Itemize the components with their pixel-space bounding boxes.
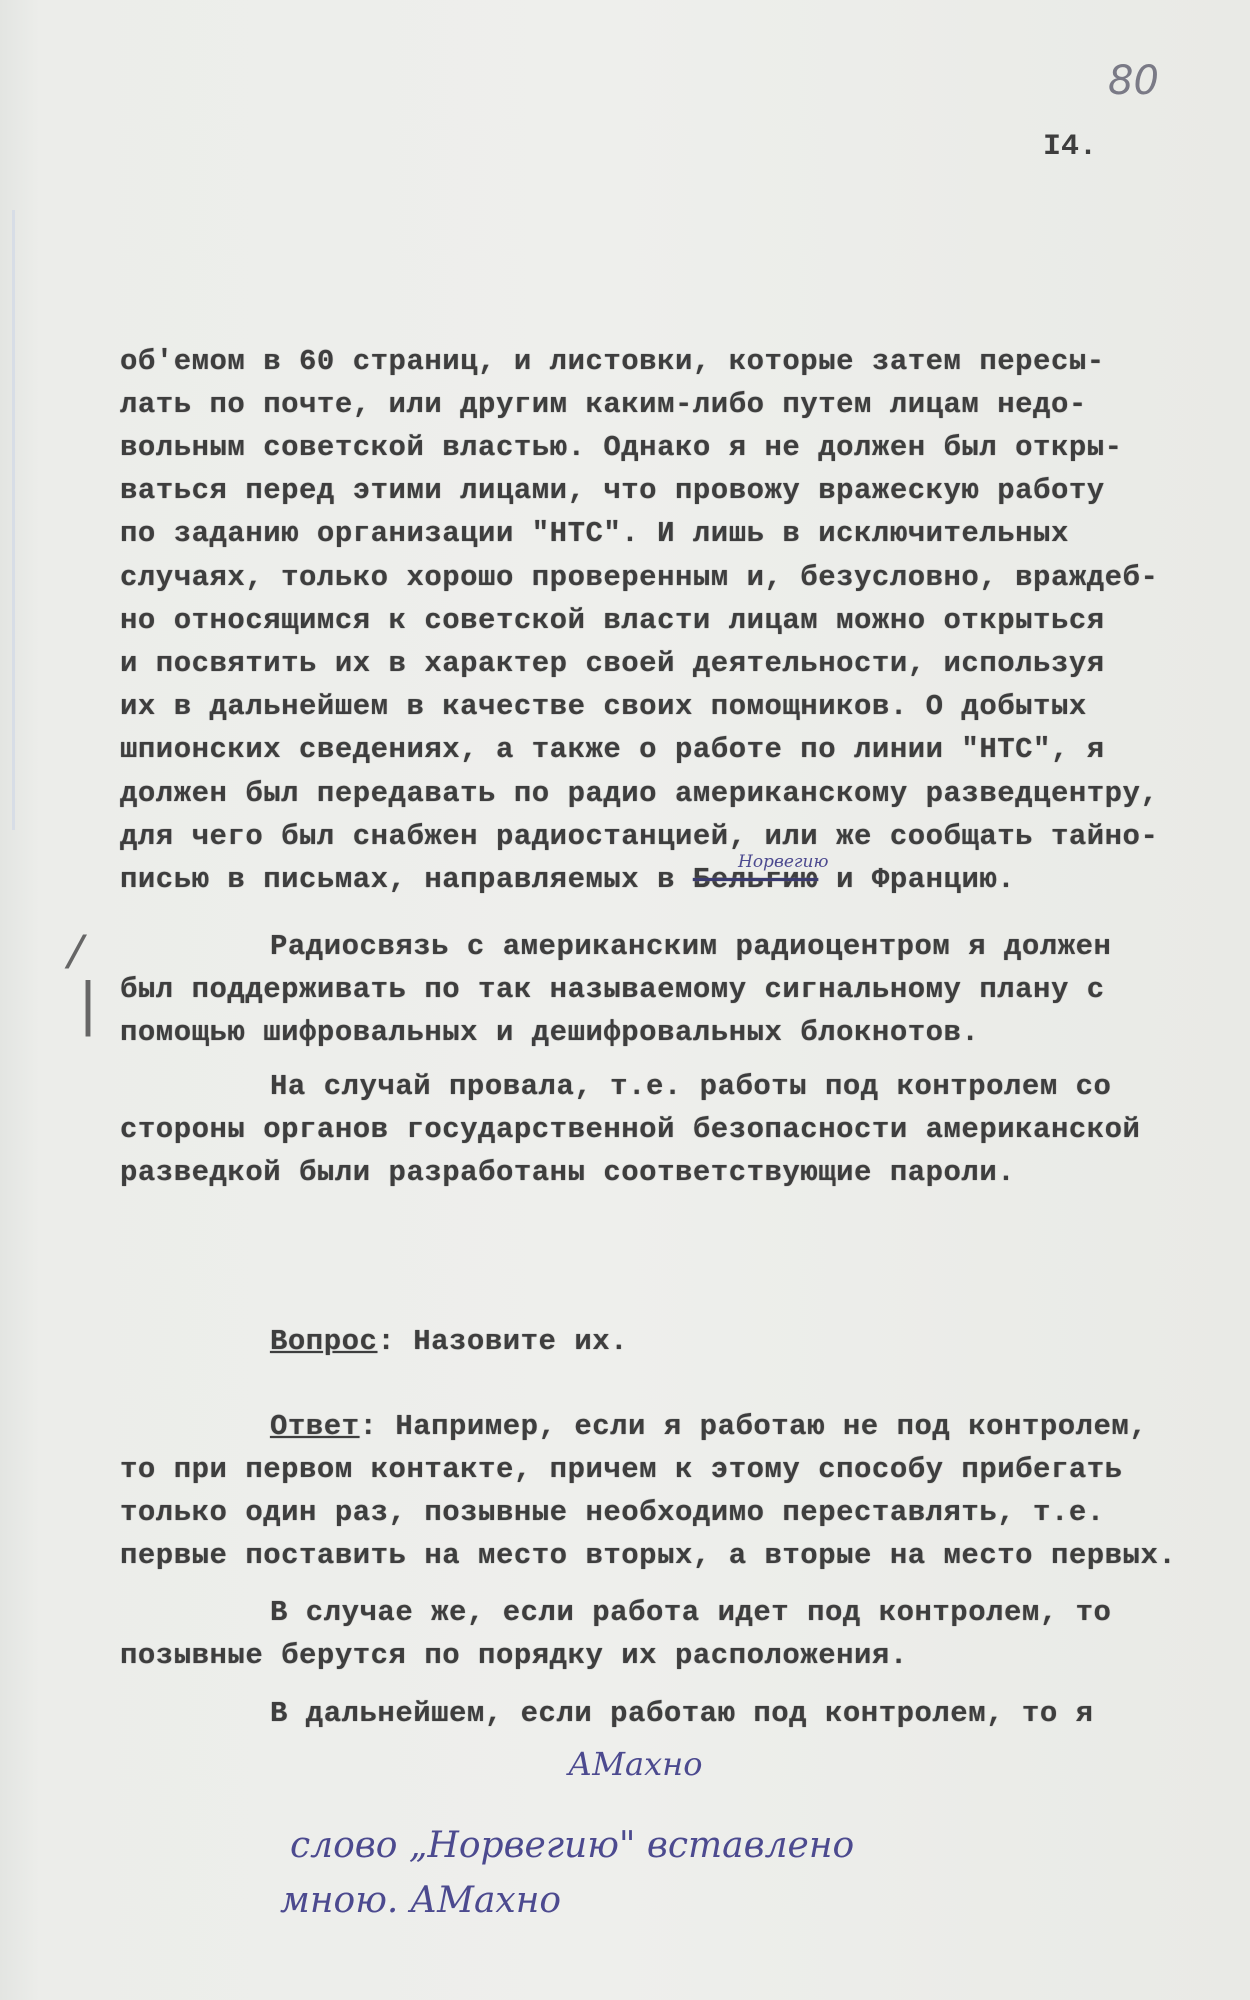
handwritten-insert: Норвегию [738, 852, 828, 872]
page-edge [12, 210, 15, 830]
text-line: разведкой были разработаны соответствующ… [120, 1156, 1015, 1189]
text-line: их в дальнейшем в качестве своих помощни… [120, 690, 1087, 723]
answer-line: Ответ: Например, если я работаю не под к… [270, 1410, 1147, 1443]
text-line: стороны органов государственной безопасн… [120, 1113, 1140, 1146]
margin-mark: | [70, 975, 106, 1043]
text-line: В дальнейшем, если работаю под контролем… [270, 1697, 1094, 1730]
text-line: и посвятить их в характер своей деятельн… [120, 647, 1105, 680]
answer-label: Ответ [270, 1410, 360, 1443]
text-line: только один раз, позывные необходимо пер… [120, 1496, 1105, 1529]
correction-line: писью в письмах, направляемых в Бельгию … [120, 863, 1015, 896]
text-line: должен был передавать по радио американс… [120, 777, 1158, 810]
text-line: то при первом контакте, причем к этому с… [120, 1453, 1123, 1486]
text-line: лать по почте, или другим каким-либо пут… [120, 388, 1087, 421]
answer-text: : Например, если я работаю не под контро… [360, 1410, 1148, 1443]
text-line: шпионских сведениях, а также о работе по… [120, 733, 1105, 766]
document-page: 80 I4. об'емом в 60 страниц, и листовки,… [0, 0, 1250, 2000]
text-line: был поддерживать по так называемому сигн… [120, 973, 1105, 1006]
question-line: Вопрос: Назовите их. [270, 1325, 628, 1358]
page-number: I4. [1043, 130, 1097, 164]
text-line: помощью шифровальных и дешифровальных бл… [120, 1016, 979, 1049]
text-line: вольным советской властью. Однако я не д… [120, 431, 1123, 464]
text-line: но относящимся к советской власти лицам … [120, 604, 1105, 637]
text-line: позывные берутся по порядку их расположе… [120, 1639, 908, 1672]
signature: АМахно [568, 1745, 702, 1783]
text-line: для чего был снабжен радиостанцией, или … [120, 820, 1158, 853]
text-line: Радиосвязь с американским радиоцентром я… [270, 930, 1111, 963]
handwritten-note: мною. АМахно [280, 1880, 561, 1921]
folio-number: 80 [1108, 58, 1159, 104]
text-line: В случае же, если работа идет под контро… [270, 1596, 1111, 1629]
handwritten-note: слово „Норвегию" вставлено [290, 1825, 854, 1866]
text-line: На случай провала, т.е. работы под контр… [270, 1070, 1111, 1103]
text-segment: писью в письмах, направляемых в [120, 863, 693, 896]
question-text: : Назовите их. [377, 1325, 628, 1358]
text-line: случаях, только хорошо проверенным и, бе… [120, 561, 1158, 594]
text-line: первые поставить на место вторых, а втор… [120, 1539, 1176, 1572]
question-label: Вопрос [270, 1325, 377, 1358]
text-segment: и Францию. [818, 863, 1015, 896]
text-line: об'емом в 60 страниц, и листовки, которы… [120, 345, 1105, 378]
text-line: ваться перед этими лицами, что провожу в… [120, 474, 1105, 507]
text-line: по заданию организации "НТС". И лишь в и… [120, 517, 1069, 550]
